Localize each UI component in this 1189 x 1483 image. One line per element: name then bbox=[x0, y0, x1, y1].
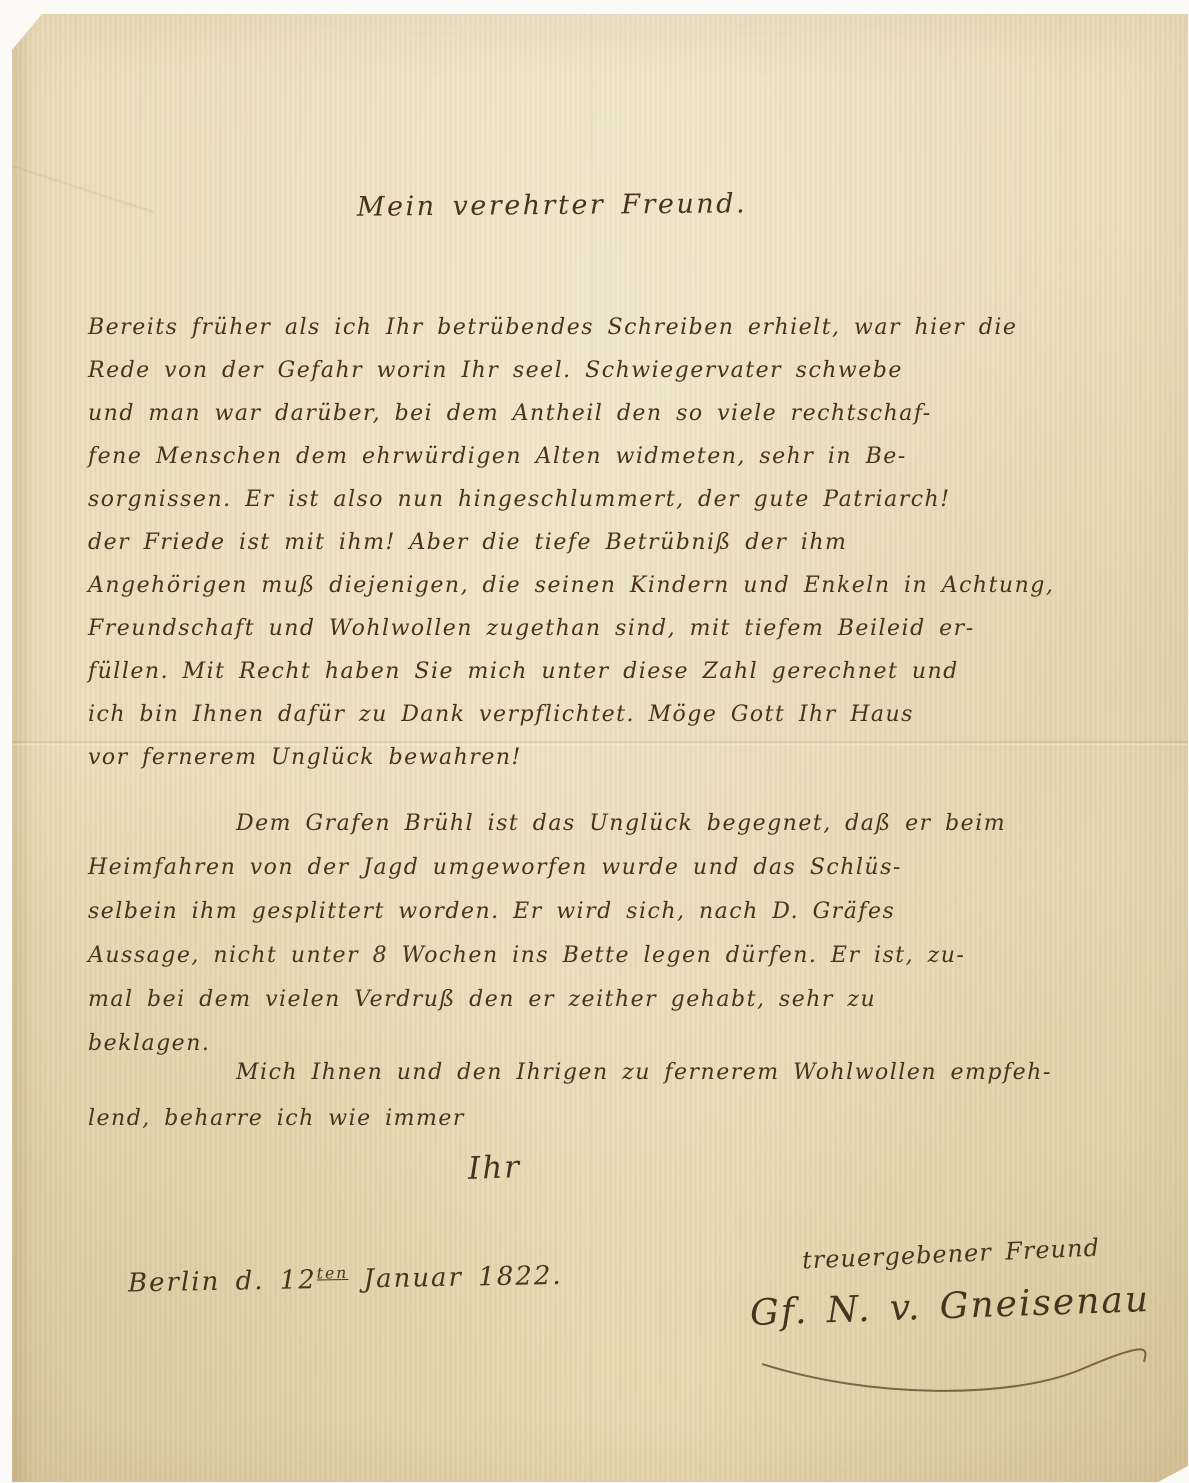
dateline-suffix: Januar 1822. bbox=[348, 1261, 563, 1295]
letter-sheet: Mein verehrter Freund. Bereits früher al… bbox=[12, 14, 1188, 1482]
letter-line: füllen. Mit Recht haben Sie mich unter d… bbox=[88, 650, 1154, 693]
letter-line: sorgnissen. Er ist also nun hingeschlumm… bbox=[88, 478, 1154, 521]
dateline: Berlin d. 12ten Januar 1822. bbox=[128, 1260, 563, 1298]
paragraph-1: Bereits früher als ich Ihr betrübendes S… bbox=[88, 306, 1154, 779]
letter-line: und man war darüber, bei dem Antheil den… bbox=[88, 392, 1154, 435]
letter-line: Mich Ihnen und den Ihrigen zu fernerem W… bbox=[88, 1050, 1154, 1096]
letter-scan: Mein verehrter Freund. Bereits früher al… bbox=[0, 0, 1189, 1483]
paragraph-3: Mich Ihnen und den Ihrigen zu fernerem W… bbox=[88, 1050, 1154, 1142]
letter-line: Aussage, nicht unter 8 Wochen ins Bette … bbox=[88, 934, 1154, 978]
letter-line: Heimfahren von der Jagd umgeworfen wurde… bbox=[88, 846, 1154, 890]
letter-line: mal bei dem vielen Verdruß den er zeithe… bbox=[88, 978, 1154, 1022]
paragraph-2: Dem Grafen Brühl ist das Unglück begegne… bbox=[88, 802, 1154, 1066]
letter-line: ich bin Ihnen dafür zu Dank verpflichtet… bbox=[88, 693, 1154, 736]
corner-crease bbox=[11, 164, 155, 214]
letter-line: Rede von der Gefahr worin Ihr seel. Schw… bbox=[88, 349, 1154, 392]
letter-line: lend, beharre ich wie immer bbox=[88, 1096, 1154, 1142]
signature-name: Gf. N. v. Gneisenau bbox=[749, 1279, 1150, 1334]
valediction: Ihr bbox=[467, 1149, 521, 1187]
letter-line: fene Menschen dem ehrwürdigen Alten widm… bbox=[88, 435, 1154, 478]
dateline-prefix: Berlin d. 12 bbox=[128, 1265, 317, 1298]
letter-line: Angehörigen muß diejenigen, die seinen K… bbox=[88, 564, 1154, 607]
letter-line: Freundschaft und Wohlwollen zugethan sin… bbox=[88, 607, 1154, 650]
letter-line: Bereits früher als ich Ihr betrübendes S… bbox=[88, 306, 1154, 349]
signature-closing: treuergebener Freund bbox=[802, 1234, 1101, 1275]
salutation: Mein verehrter Freund. bbox=[312, 188, 792, 223]
dateline-ordinal-superscript: ten bbox=[317, 1264, 349, 1283]
letter-line: Dem Grafen Brühl ist das Unglück begegne… bbox=[88, 802, 1154, 846]
letter-line: selbein ihm gesplittert worden. Er wird … bbox=[88, 890, 1154, 934]
letter-line: der Friede ist mit ihm! Aber die tiefe B… bbox=[88, 521, 1154, 564]
letter-line: vor fernerem Unglück bewahren! bbox=[88, 736, 1154, 779]
signature-flourish-icon bbox=[752, 1344, 1152, 1404]
